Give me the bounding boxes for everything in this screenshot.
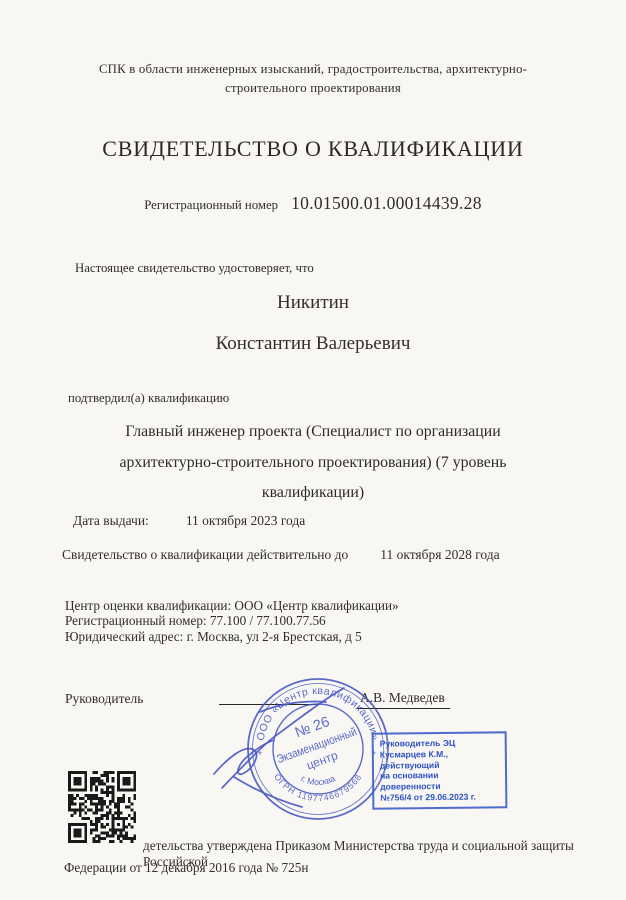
issue-date-row: Дата выдачи:11 октября 2023 года bbox=[73, 513, 305, 529]
rect-stamp-line-3: на основании доверенности bbox=[380, 770, 500, 793]
assessment-center-name: Центр оценки квалификации: ООО «Центр кв… bbox=[65, 598, 399, 613]
qualification-line-2: архитектурно-строительного проектировани… bbox=[30, 448, 596, 479]
holder-given-names: Константин Валерьевич bbox=[0, 333, 626, 355]
rect-stamp-line-4: №756/4 от 29.06.2023 г. bbox=[380, 791, 500, 803]
issue-date-value: 11 октября 2023 года bbox=[186, 513, 305, 528]
attestation-statement: Настоящее свидетельство удостоверяет, чт… bbox=[75, 261, 314, 276]
certificate-page: СПК в области инженерных изысканий, град… bbox=[0, 0, 626, 900]
qualification-line-1: Главный инженер проекта (Специалист по о… bbox=[30, 417, 596, 448]
handwritten-signature bbox=[208, 676, 380, 814]
head-role-label: Руководитель bbox=[65, 691, 143, 707]
assessment-center-reg-number: Регистрационный номер: 77.100 / 77.100.7… bbox=[65, 613, 399, 628]
validity-value: 11 октября 2028 года bbox=[380, 547, 499, 562]
qualification-line-3: квалификации) bbox=[30, 478, 596, 509]
certificate-title: СВИДЕТЕЛЬСТВО О КВАЛИФИКАЦИИ bbox=[0, 136, 626, 162]
confirmed-qualification-label: подтвердил(а) квалификацию bbox=[68, 391, 229, 406]
issue-date-label: Дата выдачи: bbox=[73, 513, 149, 528]
rect-stamp: Руководитель ЭЦ Кусмарцев К.М., действую… bbox=[372, 731, 508, 809]
assessment-center-info: Центр оценки квалификации: ООО «Центр кв… bbox=[65, 598, 399, 644]
validity-row: Свидетельство о квалификации действитель… bbox=[62, 547, 500, 563]
registration-number-label: Регистрационный номер bbox=[144, 198, 278, 213]
holder-last-name: Никитин bbox=[0, 292, 626, 314]
rect-stamp-line-2: Кусмарцев К.М., действующий bbox=[380, 748, 500, 771]
assessment-center-address: Юридический адрес: г. Москва, ул 2-я Бре… bbox=[65, 629, 399, 644]
registration-number-value: 10.01500.01.00014439.28 bbox=[291, 193, 482, 214]
registration-row: Регистрационный номер 10.01500.01.000144… bbox=[0, 193, 626, 214]
validity-label: Свидетельство о квалификации действитель… bbox=[62, 547, 348, 562]
qr-code bbox=[68, 771, 136, 843]
qualification-title: Главный инженер проекта (Специалист по о… bbox=[30, 417, 596, 509]
footer-line-2: Федерации от 12 декабря 2016 года № 725н bbox=[64, 860, 308, 876]
spk-org-header: СПК в области инженерных изысканий, град… bbox=[58, 60, 568, 98]
